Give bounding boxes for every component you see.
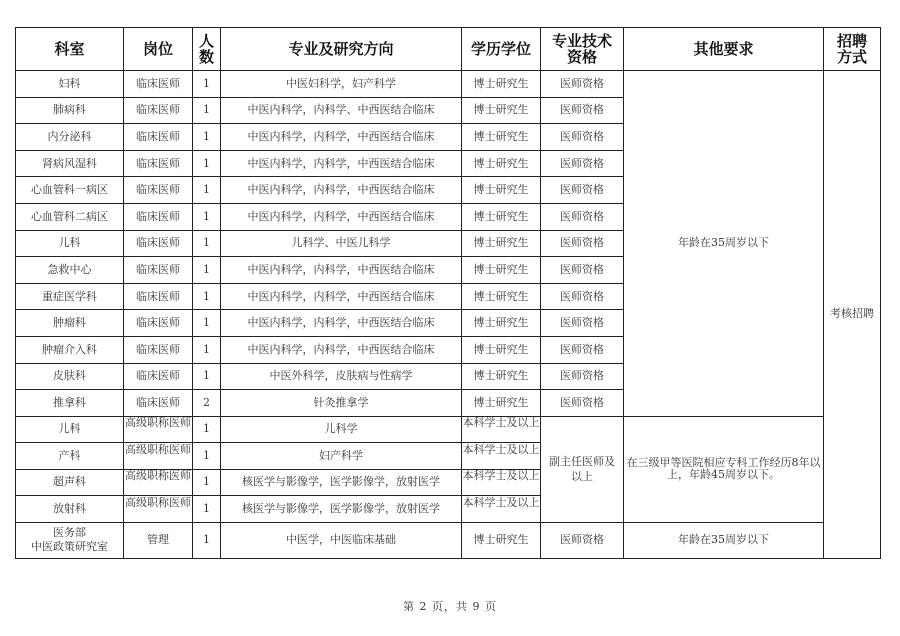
cell-major: 中医内科学，内科学，中西医结合临床	[221, 150, 462, 177]
cell-qualification: 医师资格	[541, 336, 624, 363]
cell-count: 1	[193, 363, 221, 390]
cell-qualification: 医师资格	[541, 71, 624, 98]
cell-degree: 本科学士及以上	[462, 416, 541, 443]
cell-qualification: 医师资格	[541, 363, 624, 390]
cell-count: 1	[193, 283, 221, 310]
cell-degree: 博士研究生	[462, 283, 541, 310]
header-qualification: 专业技术资格	[541, 28, 624, 71]
cell-dept: 肾病风湿科	[16, 150, 124, 177]
cell-position: 临床医师	[124, 230, 193, 257]
cell-degree: 博士研究生	[462, 257, 541, 284]
cell-position: 临床医师	[124, 336, 193, 363]
cell-count: 1	[193, 416, 221, 443]
cell-dept: 重症医学科	[16, 283, 124, 310]
cell-qualification-merged: 副主任医师及以上	[541, 416, 624, 522]
cell-position: 高级职称医师	[124, 496, 193, 523]
cell-dept: 心血管科一病区	[16, 177, 124, 204]
cell-degree: 博士研究生	[462, 363, 541, 390]
cell-degree: 博士研究生	[462, 97, 541, 124]
cell-major: 儿科学	[221, 416, 462, 443]
cell-position: 临床医师	[124, 203, 193, 230]
cell-dept: 妇科	[16, 71, 124, 98]
cell-major: 中医内科学，内科学、中西医结合临床	[221, 97, 462, 124]
cell-degree: 本科学士及以上	[462, 496, 541, 523]
cell-major: 中医学，中医临床基础	[221, 522, 462, 558]
cell-count: 1	[193, 257, 221, 284]
cell-count: 1	[193, 203, 221, 230]
cell-major: 儿科学、中医儿科学	[221, 230, 462, 257]
header-count: 人数	[193, 28, 221, 71]
cell-count: 2	[193, 390, 221, 417]
cell-position: 临床医师	[124, 177, 193, 204]
cell-dept: 急救中心	[16, 257, 124, 284]
cell-qualification: 医师资格	[541, 177, 624, 204]
header-position: 岗位	[124, 28, 193, 71]
cell-qualification: 医师资格	[541, 522, 624, 558]
cell-dept: 放射科	[16, 496, 124, 523]
cell-qualification: 医师资格	[541, 257, 624, 284]
cell-dept: 儿科	[16, 230, 124, 257]
cell-position: 临床医师	[124, 363, 193, 390]
cell-position: 临床医师	[124, 97, 193, 124]
cell-degree: 本科学士及以上	[462, 469, 541, 496]
cell-count: 1	[193, 496, 221, 523]
cell-position: 临床医师	[124, 283, 193, 310]
cell-major: 中医妇科学，妇产科学	[221, 71, 462, 98]
cell-dept: 产科	[16, 443, 124, 470]
cell-position: 高级职称医师	[124, 443, 193, 470]
cell-count: 1	[193, 310, 221, 337]
cell-degree: 本科学士及以上	[462, 443, 541, 470]
cell-degree: 博士研究生	[462, 310, 541, 337]
cell-major: 中医内科学，内科学，中西医结合临床	[221, 283, 462, 310]
cell-major: 中医内科学，内科学，中西医结合临床	[221, 177, 462, 204]
cell-dept: 推拿科	[16, 390, 124, 417]
cell-qualification: 医师资格	[541, 230, 624, 257]
cell-major: 中医内科学，内科学，中西医结合临床	[221, 124, 462, 151]
table-row: 儿科 高级职称医师 1 儿科学 本科学士及以上 副主任医师及以上 在三级甲等医院…	[16, 416, 881, 443]
header-major: 专业及研究方向	[221, 28, 462, 71]
cell-position: 临床医师	[124, 150, 193, 177]
cell-dept: 肿瘤介入科	[16, 336, 124, 363]
cell-qualification: 医师资格	[541, 390, 624, 417]
cell-qualification: 医师资格	[541, 203, 624, 230]
cell-other-merged: 年龄在35周岁以下	[624, 71, 824, 417]
cell-degree: 博士研究生	[462, 71, 541, 98]
cell-qualification: 医师资格	[541, 283, 624, 310]
cell-major: 中医内科学，内科学，中西医结合临床	[221, 203, 462, 230]
cell-position: 临床医师	[124, 124, 193, 151]
cell-position: 高级职称医师	[124, 469, 193, 496]
table-row: 妇科 临床医师 1 中医妇科学，妇产科学 博士研究生 医师资格 年龄在35周岁以…	[16, 71, 881, 98]
cell-count: 1	[193, 469, 221, 496]
cell-major: 中医内科学，内科学，中西医结合临床	[221, 310, 462, 337]
cell-other: 年龄在35周岁以下	[624, 522, 824, 558]
cell-dept: 医务部 中医政策研究室	[16, 522, 124, 558]
cell-degree: 博士研究生	[462, 390, 541, 417]
cell-count: 1	[193, 150, 221, 177]
page-number: 第 2 页，共 9 页	[0, 598, 900, 614]
cell-degree: 博士研究生	[462, 124, 541, 151]
cell-dept: 儿科	[16, 416, 124, 443]
cell-position: 临床医师	[124, 71, 193, 98]
cell-dept: 心血管科二病区	[16, 203, 124, 230]
cell-count: 1	[193, 336, 221, 363]
cell-dept: 肺病科	[16, 97, 124, 124]
cell-count: 1	[193, 177, 221, 204]
cell-major: 针灸推拿学	[221, 390, 462, 417]
cell-degree: 博士研究生	[462, 203, 541, 230]
cell-major: 妇产科学	[221, 443, 462, 470]
cell-major: 核医学与影像学，医学影像学，放射医学	[221, 469, 462, 496]
cell-major: 中医内科学，内科学，中西医结合临床	[221, 336, 462, 363]
cell-count: 1	[193, 97, 221, 124]
cell-count: 1	[193, 230, 221, 257]
cell-other-merged: 在三级甲等医院相应专科工作经历8年以上，年龄45周岁以下。	[624, 416, 824, 522]
cell-position: 临床医师	[124, 310, 193, 337]
cell-dept: 皮肤科	[16, 363, 124, 390]
cell-position: 高级职称医师	[124, 416, 193, 443]
cell-method-merged: 考核招聘	[824, 71, 881, 559]
header-other: 其他要求	[624, 28, 824, 71]
cell-count: 1	[193, 522, 221, 558]
cell-degree: 博士研究生	[462, 177, 541, 204]
header-dept: 科室	[16, 28, 124, 71]
cell-degree: 博士研究生	[462, 150, 541, 177]
cell-dept: 超声科	[16, 469, 124, 496]
header-degree: 学历学位	[462, 28, 541, 71]
cell-major: 核医学与影像学，医学影像学，放射医学	[221, 496, 462, 523]
cell-dept: 内分泌科	[16, 124, 124, 151]
cell-qualification: 医师资格	[541, 150, 624, 177]
cell-degree: 博士研究生	[462, 336, 541, 363]
cell-major: 中医内科学，内科学，中西医结合临床	[221, 257, 462, 284]
table-header-row: 科室 岗位 人数 专业及研究方向 学历学位 专业技术资格 其他要求 招聘方式	[16, 28, 881, 71]
cell-degree: 博士研究生	[462, 230, 541, 257]
cell-degree: 博士研究生	[462, 522, 541, 558]
cell-count: 1	[193, 71, 221, 98]
cell-count: 1	[193, 124, 221, 151]
cell-position: 临床医师	[124, 390, 193, 417]
recruitment-table: 科室 岗位 人数 专业及研究方向 学历学位 专业技术资格 其他要求 招聘方式 妇…	[15, 27, 881, 559]
table-row: 医务部 中医政策研究室 管理 1 中医学，中医临床基础 博士研究生 医师资格 年…	[16, 522, 881, 558]
header-method: 招聘方式	[824, 28, 881, 71]
cell-count: 1	[193, 443, 221, 470]
cell-qualification: 医师资格	[541, 97, 624, 124]
cell-position: 临床医师	[124, 257, 193, 284]
cell-major: 中医外科学，皮肤病与性病学	[221, 363, 462, 390]
cell-qualification: 医师资格	[541, 310, 624, 337]
cell-dept: 肿瘤科	[16, 310, 124, 337]
cell-qualification: 医师资格	[541, 124, 624, 151]
cell-position: 管理	[124, 522, 193, 558]
